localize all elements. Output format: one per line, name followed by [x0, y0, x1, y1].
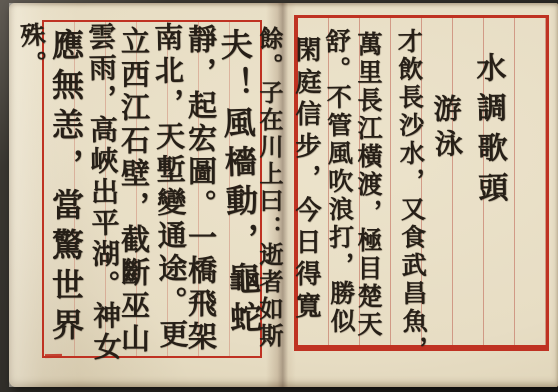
calligraphy-column-left-2: 夫！風檣動，龜蛇 [218, 27, 261, 340]
calligraphy-column-right-4: 閑庭信步，今日得寬 [293, 36, 319, 324]
poem-subtitle-column: 游泳 [431, 94, 461, 165]
left-frame-corner-mark [45, 354, 62, 358]
calligraphy-column-left-4: 南北，天塹變通途。更 [152, 22, 187, 352]
calligraphy-column-left-5: 立西江石壁，截斷巫山 [119, 26, 148, 356]
calligraphy-column-left-7: 應無恙，當驚世界 [50, 28, 82, 348]
calligraphy-column-left-3: 靜，起宏圖。一橋飛架 [186, 24, 215, 354]
manuscript-photo: 水調歌頭 游泳 才飲長沙水，又食武昌魚， 萬里長江橫渡，極目楚天 舒。不管風吹浪… [0, 0, 558, 392]
calligraphy-column-left-6: 雲雨，高峽出平湖。神女 [86, 22, 120, 363]
calligraphy-column-right-3: 舒。不管風吹浪打，勝似 [324, 28, 354, 336]
calligraphy-column-right-1: 才飲長沙水，又食武昌魚， [396, 28, 427, 364]
poem-title-column: 水調歌頭 [472, 52, 505, 212]
calligraphy-column-right-2: 萬里長江橫渡，極目楚天 [356, 31, 381, 339]
margin-character: 殊。 [18, 21, 47, 81]
